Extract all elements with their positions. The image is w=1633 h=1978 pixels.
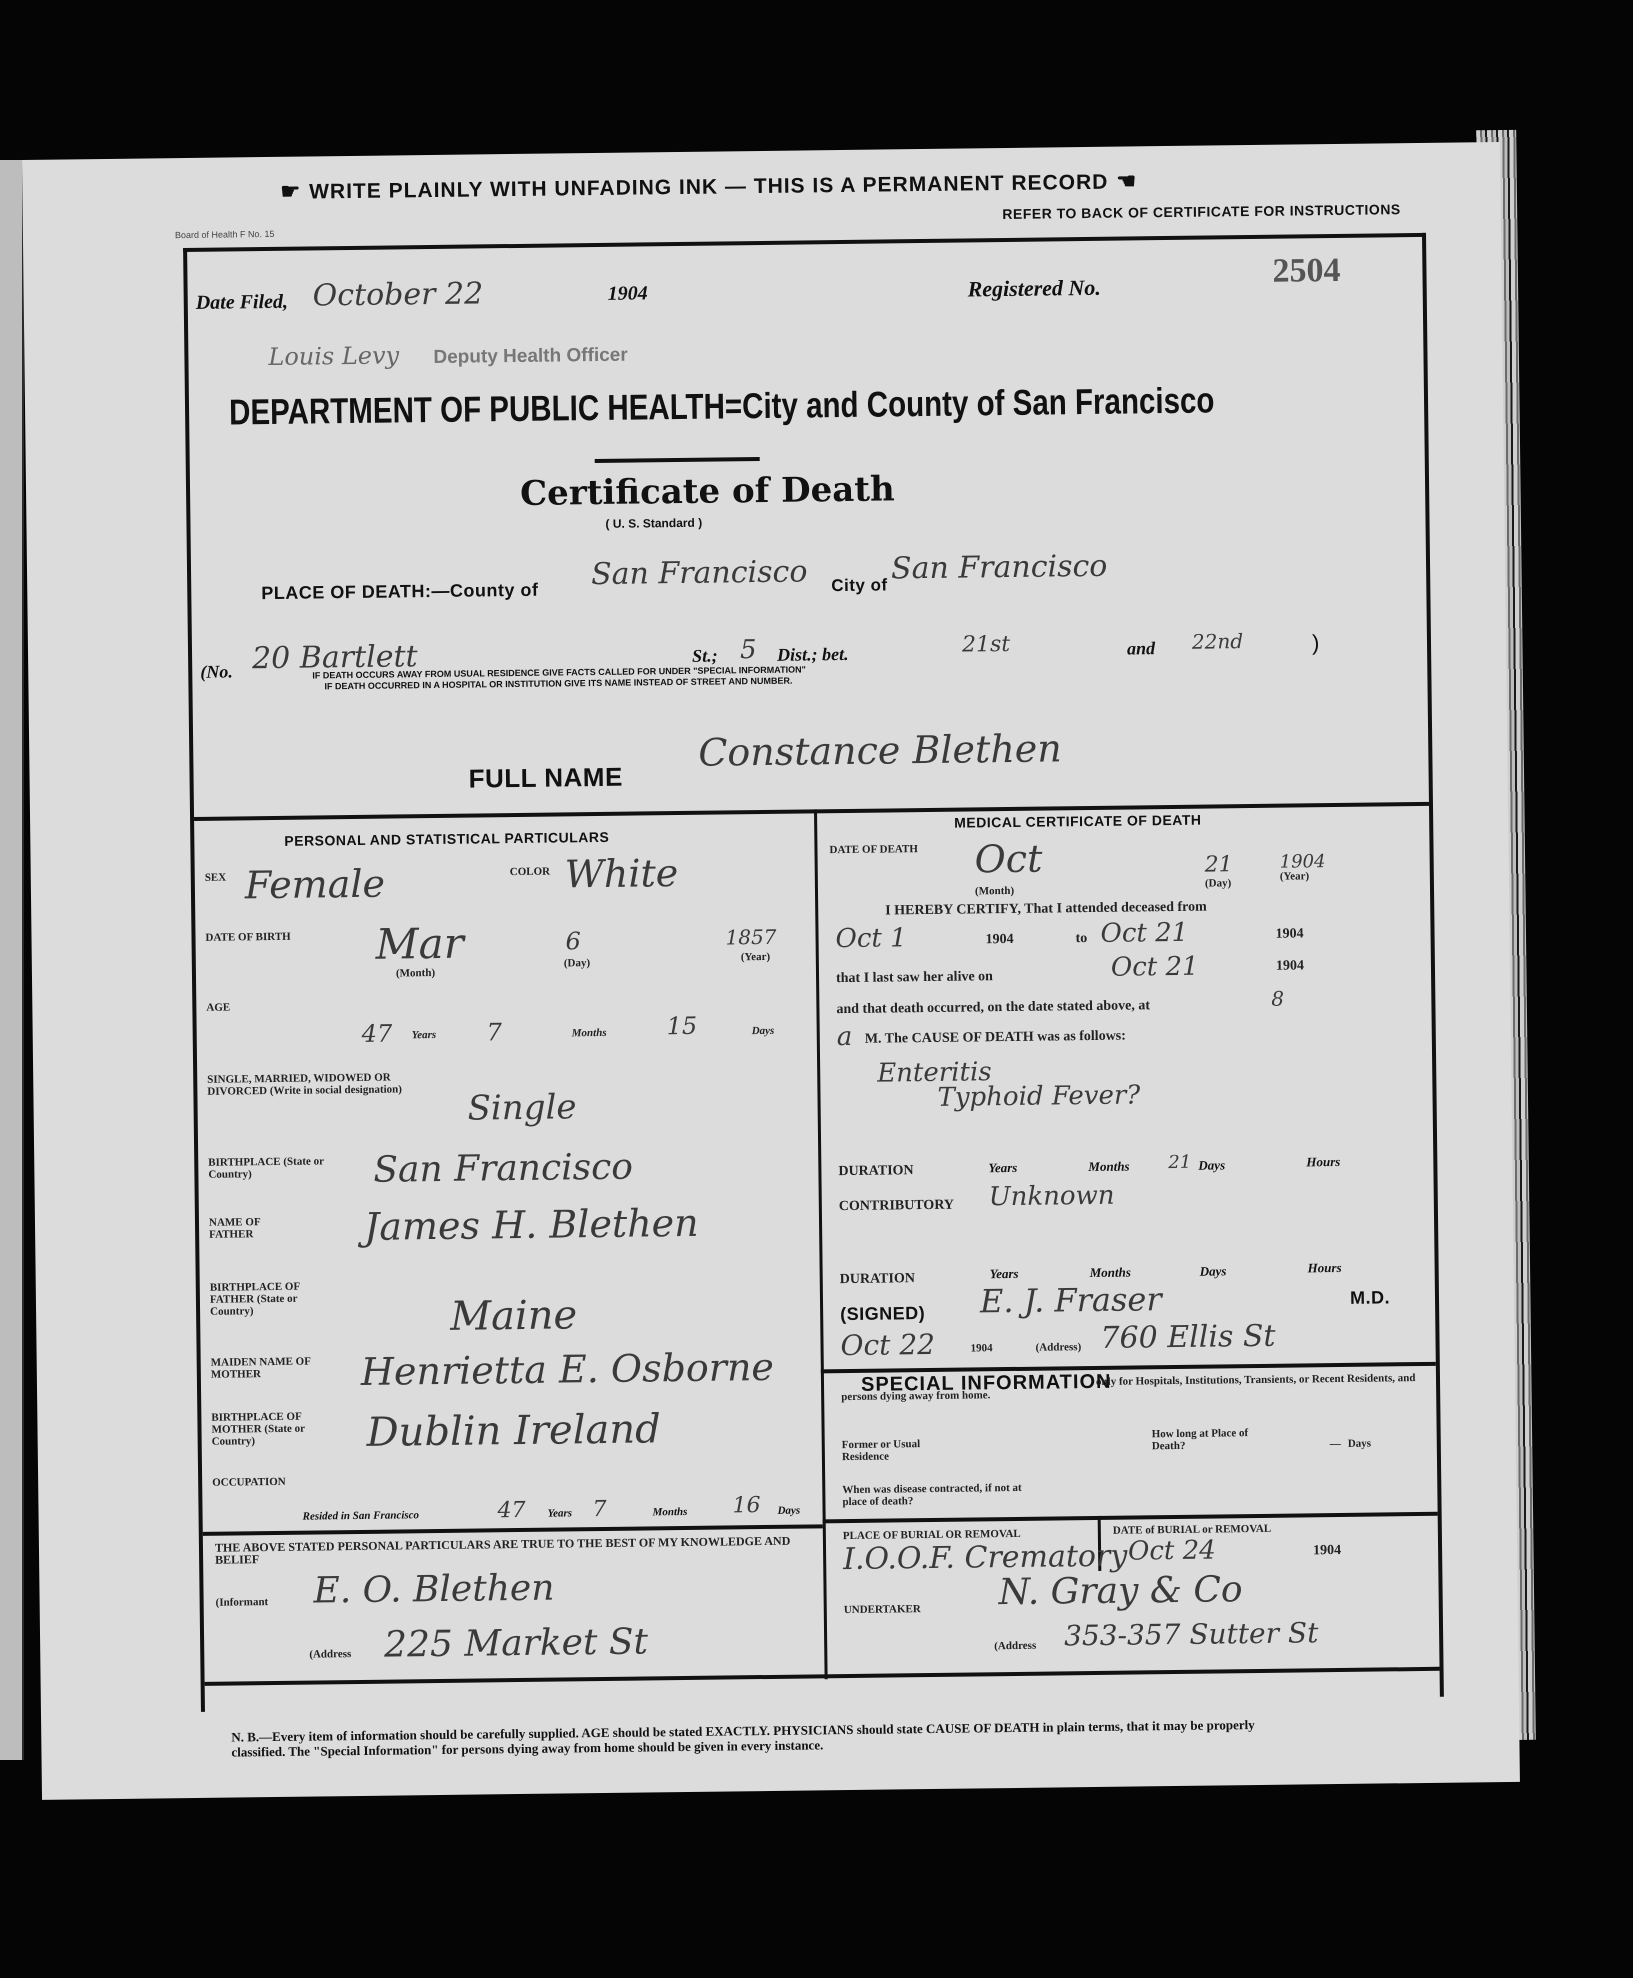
district-label: Dist.; bet. xyxy=(777,644,849,666)
registered-label: Registered No. xyxy=(967,275,1101,303)
dob-month: Mar xyxy=(375,919,464,969)
dob-month-caption: (Month) xyxy=(396,967,435,979)
informant-statement: THE ABOVE STATED PERSONAL PARTICULARS AR… xyxy=(215,1535,795,1566)
dob-year: 1857 xyxy=(725,925,776,950)
duration-2-months-label: Months xyxy=(1090,1265,1131,1282)
last-saw-label: that I last saw her alive on xyxy=(836,969,993,987)
duration-label-2: DURATION xyxy=(840,1271,915,1288)
burial-date: Oct 24 xyxy=(1128,1536,1216,1567)
cause-secondary: Typhoid Fever? xyxy=(937,1080,1140,1112)
place-of-death-label: PLACE OF DEATH:—County of xyxy=(261,580,538,604)
and-label: and xyxy=(1127,638,1155,659)
adjacent-page-edge xyxy=(0,160,24,1760)
dod-day: 21 xyxy=(1205,852,1233,877)
duration-1-months-label: Months xyxy=(1088,1159,1129,1176)
attended-to-year: 1904 xyxy=(1275,926,1303,942)
to-label: to xyxy=(1076,931,1088,947)
refer-instructions: REFER TO BACK OF CERTIFICATE FOR INSTRUC… xyxy=(1002,201,1401,222)
dob-year-caption: (Year) xyxy=(741,951,770,963)
signed-year: 1904 xyxy=(971,1342,993,1354)
duration-2-hours-label: Hours xyxy=(1308,1260,1342,1276)
personal-heading: PERSONAL AND STATISTICAL PARTICULARS xyxy=(284,829,609,849)
undertaker-value: N. Gray & Co xyxy=(998,1569,1242,1613)
physician-signature: E. J. Fraser xyxy=(980,1280,1162,1320)
time-ampm: a xyxy=(837,1022,853,1052)
full-name-value: Constance Blethen xyxy=(698,726,1062,774)
banner-text: WRITE PLAINLY WITH UNFADING INK — THIS I… xyxy=(309,171,1109,204)
place-notes: IF DEATH OCCURS AWAY FROM USUAL RESIDENC… xyxy=(312,660,1162,692)
contributory-label: CONTRIBUTORY xyxy=(839,1198,954,1215)
attended-to: Oct 21 xyxy=(1100,918,1188,949)
certify-text: I HEREBY CERTIFY, That I attended deceas… xyxy=(885,900,1207,920)
age-months-label: Months xyxy=(572,1027,607,1039)
resided-months-label: Months xyxy=(652,1506,687,1518)
section-divider xyxy=(194,802,1429,821)
father-birthplace-value: Maine xyxy=(450,1292,578,1340)
certificate-frame: Date Filed, October 22 1904 Registered N… xyxy=(183,233,1444,1712)
resided-years: 47 xyxy=(497,1498,525,1523)
father-label: NAME OF FATHER xyxy=(209,1216,289,1241)
dob-day: 6 xyxy=(565,927,581,955)
last-saw-value: Oct 21 xyxy=(1111,952,1199,983)
how-long-days-label: Days xyxy=(1348,1438,1371,1450)
between-street-1: 21st xyxy=(962,632,1010,658)
officer-title: Deputy Health Officer xyxy=(433,345,628,369)
between-street-2: 22nd xyxy=(1192,629,1243,654)
age-years: 47 xyxy=(362,1020,393,1048)
mother-value: Henrietta E. Osborne xyxy=(361,1345,775,1394)
duration-1-hours-label: Hours xyxy=(1306,1154,1340,1170)
resided-days: 16 xyxy=(732,1493,760,1518)
sex-value: Female xyxy=(245,862,386,908)
dod-day-caption: (Day) xyxy=(1205,877,1231,889)
special-divider xyxy=(821,1362,1436,1374)
officer-signature: Louis Levy xyxy=(268,341,399,371)
signed-label: (SIGNED) xyxy=(840,1303,925,1325)
city-value: San Francisco xyxy=(891,549,1108,587)
marital-label: SINGLE, MARRIED, WIDOWED OR DIVORCED (Wr… xyxy=(207,1071,407,1097)
how-long-label: How long at Place of Death? xyxy=(1152,1427,1262,1452)
duration-1-days: 21 xyxy=(1168,1152,1191,1173)
dod-month: Oct xyxy=(974,837,1042,882)
former-residence-label: Former or Usual Residence xyxy=(842,1438,922,1463)
dod-year-caption: (Year) xyxy=(1280,870,1309,882)
resided-days-label: Days xyxy=(777,1505,800,1517)
father-birthplace-label: BIRTHPLACE OF FATHER (State or Country) xyxy=(210,1280,330,1317)
informant-address-label: (Address xyxy=(309,1648,351,1661)
title-divider xyxy=(595,457,760,463)
dob-day-caption: (Day) xyxy=(564,957,590,969)
color-label: COLOR xyxy=(510,866,550,878)
duration-2-days-label: Days xyxy=(1200,1263,1227,1279)
us-standard: ( U. S. Standard ) xyxy=(605,516,702,531)
full-name-label: FULL NAME xyxy=(468,762,623,795)
district-value: 5 xyxy=(740,635,757,665)
last-saw-year: 1904 xyxy=(1276,958,1304,974)
burial-date-label: DATE of BURIAL or REMOVAL xyxy=(1113,1523,1271,1537)
age-days: 15 xyxy=(666,1012,697,1040)
age-label: AGE xyxy=(206,1002,230,1014)
age-months: 7 xyxy=(487,1018,503,1046)
age-years-label: Years xyxy=(412,1029,437,1041)
marital-value: Single xyxy=(467,1087,576,1128)
signed-date: Oct 22 xyxy=(840,1328,935,1362)
mother-birthplace-value: Dublin Ireland xyxy=(366,1406,661,1456)
color-value: White xyxy=(564,851,678,896)
resided-months: 7 xyxy=(592,1497,606,1522)
mother-label: MAIDEN NAME OF MOTHER xyxy=(211,1355,331,1380)
resided-label: Resided in San Francisco xyxy=(303,1509,420,1522)
medical-heading: MEDICAL CERTIFICATE OF DEATH xyxy=(954,812,1202,831)
burial-year: 1904 xyxy=(1313,1543,1341,1559)
informant-value: E. O. Blethen xyxy=(313,1568,554,1612)
duration-2-years-label: Years xyxy=(990,1266,1019,1282)
date-filed-year: 1904 xyxy=(608,282,648,305)
close-paren: ) xyxy=(1312,630,1320,656)
sex-label: SEX xyxy=(205,872,227,884)
street-no-label: (No. xyxy=(200,661,233,682)
duration-label-1: DURATION xyxy=(838,1163,913,1180)
date-filed-label: Date Filed, xyxy=(196,291,288,315)
dod-month-caption: (Month) xyxy=(975,885,1014,897)
undertaker-address: 353-357 Sutter St xyxy=(1064,1616,1319,1652)
permanent-record-banner: ☛WRITE PLAINLY WITH UNFADING INK — THIS … xyxy=(272,168,1145,205)
department-title: DEPARTMENT OF PUBLIC HEALTH=City and Cou… xyxy=(229,379,1215,433)
form-number: Board of Health F No. 15 xyxy=(175,229,275,240)
how-long-value: — xyxy=(1330,1438,1341,1450)
nota-bene: N. B.—Every item of information should b… xyxy=(231,1716,1311,1759)
attended-from-year: 1904 xyxy=(986,932,1014,948)
pointing-hand-icon: ☚ xyxy=(1116,168,1137,193)
contracted-label: When was disease contracted, if not at p… xyxy=(842,1482,1022,1508)
date-filed-value: October 22 xyxy=(312,276,483,313)
occurred-text: and that death occurred, on the date sta… xyxy=(836,998,1150,1018)
undertaker-address-label: (Address xyxy=(994,1640,1036,1653)
attended-from: Oct 1 xyxy=(835,923,907,954)
physician-address-label: (Address) xyxy=(1036,1341,1082,1354)
death-certificate-page: ☛WRITE PLAINLY WITH UNFADING INK — THIS … xyxy=(22,142,1520,1800)
cause-text: M. The CAUSE OF DEATH was as follows: xyxy=(865,1029,1126,1048)
time-hour: 8 xyxy=(1271,987,1284,1011)
pointing-hand-icon: ☛ xyxy=(280,179,301,204)
resided-years-label: Years xyxy=(548,1507,573,1519)
birthplace-label: BIRTHPLACE (State or Country) xyxy=(208,1155,328,1180)
contributory-value: Unknown xyxy=(989,1181,1115,1213)
street-label: St.; xyxy=(692,646,718,667)
dod-label: DATE OF DEATH xyxy=(829,843,918,856)
birthplace-value: San Francisco xyxy=(373,1147,633,1191)
duration-1-days-label: Days xyxy=(1198,1157,1225,1173)
mother-birthplace-label: BIRTHPLACE OF MOTHER (State or Country) xyxy=(211,1410,331,1447)
informant-label: (Informant xyxy=(216,1596,269,1609)
informant-address: 225 Market St xyxy=(384,1621,648,1665)
md-label: M.D. xyxy=(1350,1287,1390,1308)
bottom-frame-line xyxy=(205,1667,1440,1686)
certificate-title: Certificate of Death xyxy=(520,469,895,514)
burial-divider xyxy=(823,1512,1438,1524)
dob-label: DATE OF BIRTH xyxy=(205,931,290,944)
registered-number: 2504 xyxy=(1272,252,1340,291)
column-divider xyxy=(814,809,828,1679)
occupation-label: OCCUPATION xyxy=(212,1476,286,1489)
city-label: City of xyxy=(831,575,888,596)
age-days-label: Days xyxy=(752,1025,775,1037)
undertaker-label: UNDERTAKER xyxy=(844,1603,921,1616)
duration-1-years-label: Years xyxy=(988,1160,1017,1176)
physician-address: 760 Ellis St xyxy=(1100,1319,1275,1356)
county-value: San Francisco xyxy=(591,554,808,592)
father-value: James H. Blethen xyxy=(364,1201,699,1249)
